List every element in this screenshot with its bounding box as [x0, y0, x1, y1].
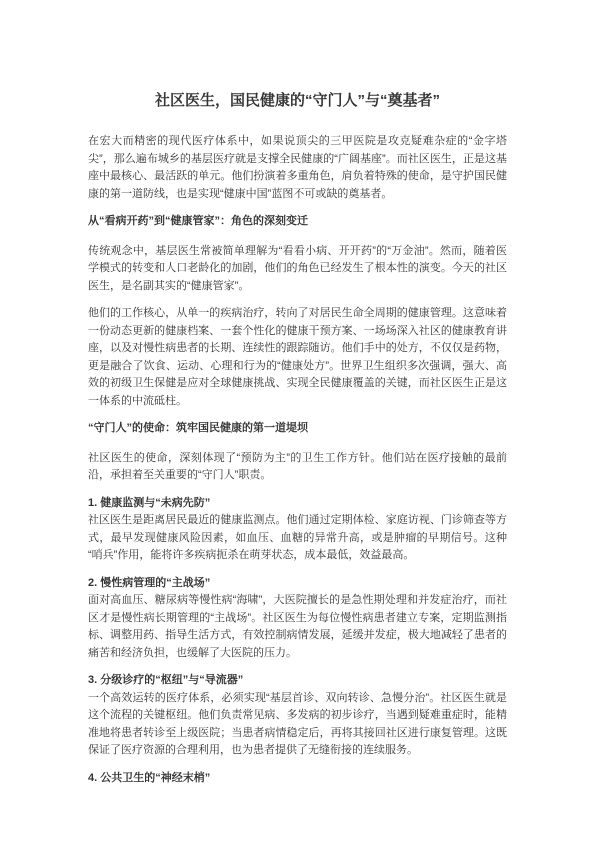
item-body: 面对高血压、糖尿病等慢性病“海啸”，大医院擅长的是急性期处理和并发症治疗，而社区…	[88, 592, 507, 662]
paragraph: 社区医生的使命，深刻体现了“预防为主”的卫生工作方针。他们站在医疗接触的最前沿，…	[88, 450, 507, 485]
item-body: 一个高效运转的医疗体系，必须实现“基层首诊、双向转诊、急慢分治”。社区医生就是这…	[88, 690, 507, 760]
item-heading-health-monitoring: 1. 健康监测与“未病先防”	[88, 495, 507, 513]
list-item: 2. 慢性病管理的“主战场” 面对高血压、糖尿病等慢性病“海啸”，大医院擅长的是…	[88, 575, 507, 663]
list-item: 4. 公共卫生的“神经末梢”	[88, 770, 507, 788]
paragraph: 他们的工作核心，从单一的疾病治疗，转向了对居民生命全周期的健康管理。这意味着一份…	[88, 305, 507, 410]
item-heading-tiered-care: 3. 分级诊疗的“枢纽”与“导流器”	[88, 672, 507, 690]
section-heading-gatekeeper-mission: “守门人”的使命：筑牢国民健康的第一道堤坝	[88, 420, 507, 438]
list-item: 3. 分级诊疗的“枢纽”与“导流器” 一个高效运转的医疗体系，必须实现“基层首诊…	[88, 672, 507, 760]
section-heading-role-change: 从“看病开药”到“健康管家”：角色的深刻变迁	[88, 213, 507, 231]
item-body: 社区医生是距离居民最近的健康监测点。他们通过定期体检、家庭访视、门诊筛查等方式，…	[88, 512, 507, 565]
document-title: 社区医生，国民健康的“守门人”与“奠基者”	[88, 90, 507, 111]
list-item: 1. 健康监测与“未病先防” 社区医生是距离居民最近的健康监测点。他们通过定期体…	[88, 495, 507, 565]
paragraph: 传统观念中，基层医生常被简单理解为“看看小病、开开药”的“万金油”。然而，随着医…	[88, 243, 507, 296]
intro-paragraph: 在宏大而精密的现代医疗体系中，如果说顶尖的三甲医院是攻克疑难杂症的“金字塔尖”，…	[88, 133, 507, 203]
item-heading-chronic-disease: 2. 慢性病管理的“主战场”	[88, 575, 507, 593]
item-heading-public-health: 4. 公共卫生的“神经末梢”	[88, 770, 507, 788]
document-page: 社区医生，国民健康的“守门人”与“奠基者” 在宏大而精密的现代医疗体系中，如果说…	[0, 0, 595, 841]
